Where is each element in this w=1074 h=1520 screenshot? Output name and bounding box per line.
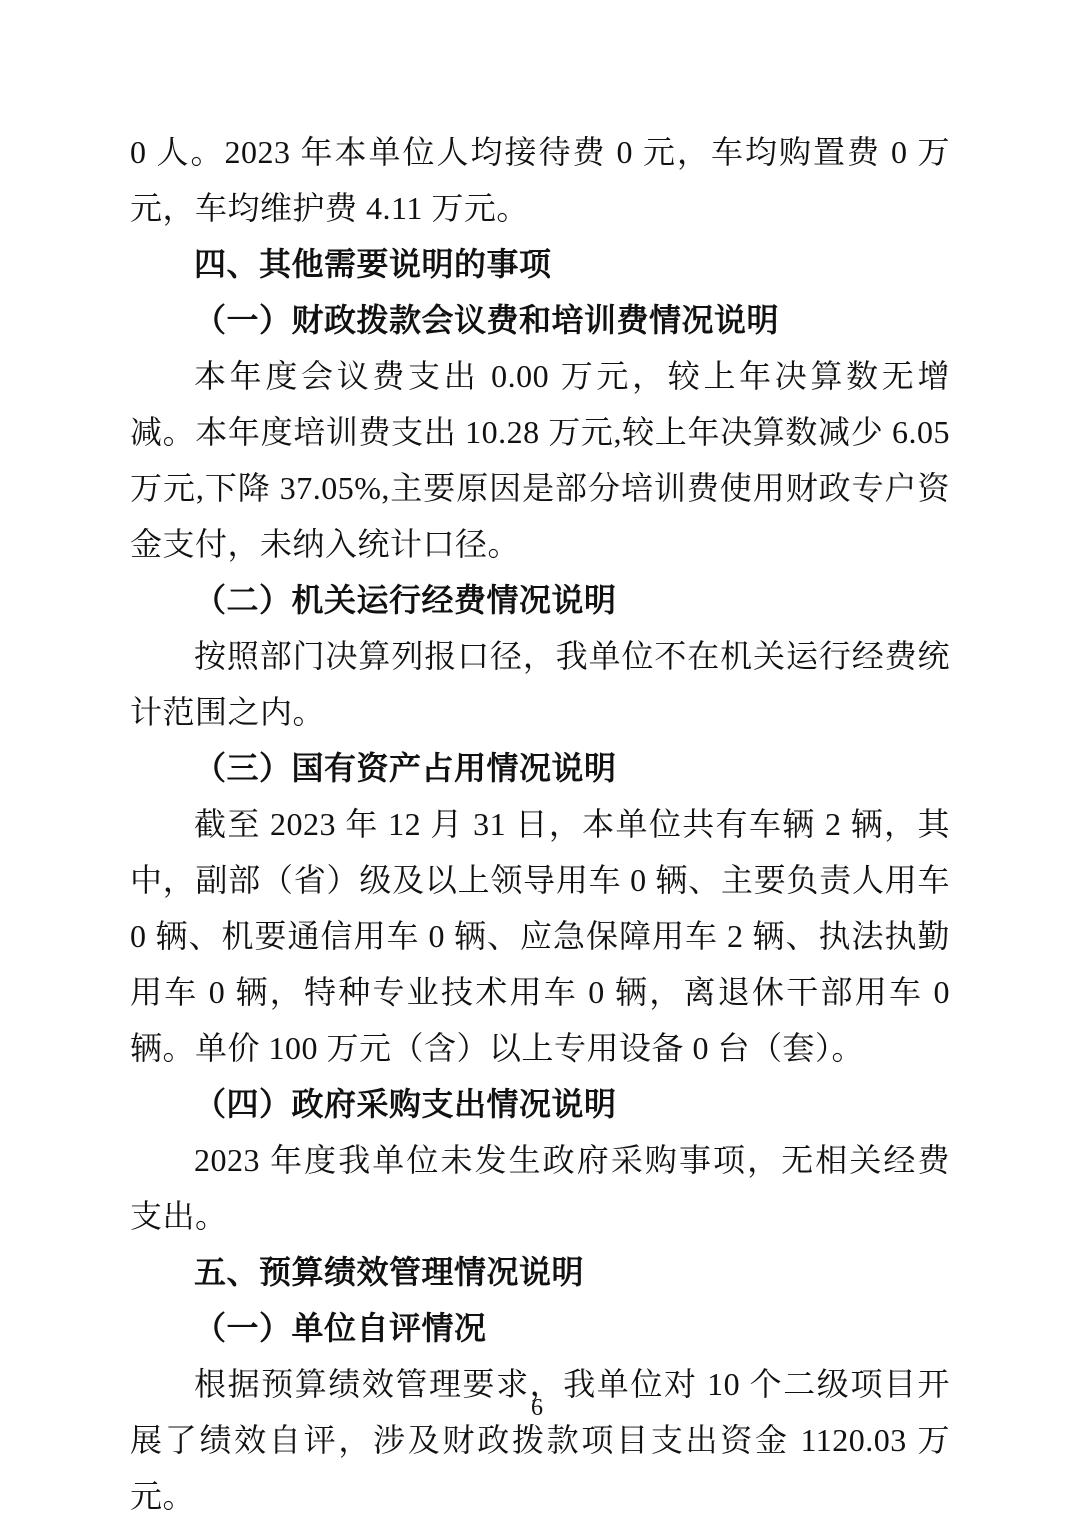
- paragraph-operating-expense: 按照部门决算列报口径，我单位不在机关运行经费统计范围之内。: [130, 628, 950, 740]
- paragraph-continuation: 0 人。2023 年本单位人均接待费 0 元，车均购置费 0 万元，车均维护费 …: [130, 124, 950, 236]
- section-heading-4: 四、其他需要说明的事项: [130, 236, 950, 292]
- section-heading-5: 五、预算绩效管理情况说明: [130, 1244, 950, 1300]
- paragraph-state-assets: 截至 2023 年 12 月 31 日，本单位共有车辆 2 辆，其中，副部（省）…: [130, 796, 950, 1076]
- page-number: 6: [0, 1394, 1074, 1422]
- document-page: 0 人。2023 年本单位人均接待费 0 元，车均购置费 0 万元，车均维护费 …: [0, 0, 1074, 1520]
- subsection-heading-4-1: （一）财政拨款会议费和培训费情况说明: [130, 292, 950, 348]
- subsection-heading-4-4: （四）政府采购支出情况说明: [130, 1076, 950, 1132]
- paragraph-meeting-training-fee: 本年度会议费支出 0.00 万元，较上年决算数无增减。本年度培训费支出 10.2…: [130, 348, 950, 572]
- subsection-heading-4-3: （三）国有资产占用情况说明: [130, 740, 950, 796]
- subsection-heading-5-1: （一）单位自评情况: [130, 1300, 950, 1356]
- paragraph-self-evaluation: 根据预算绩效管理要求，我单位对 10 个二级项目开展了绩效自评，涉及财政拨款项目…: [130, 1356, 950, 1520]
- document-content: 0 人。2023 年本单位人均接待费 0 元，车均购置费 0 万元，车均维护费 …: [0, 0, 1074, 1520]
- subsection-heading-4-2: （二）机关运行经费情况说明: [130, 572, 950, 628]
- paragraph-gov-procurement: 2023 年度我单位未发生政府采购事项，无相关经费支出。: [130, 1132, 950, 1244]
